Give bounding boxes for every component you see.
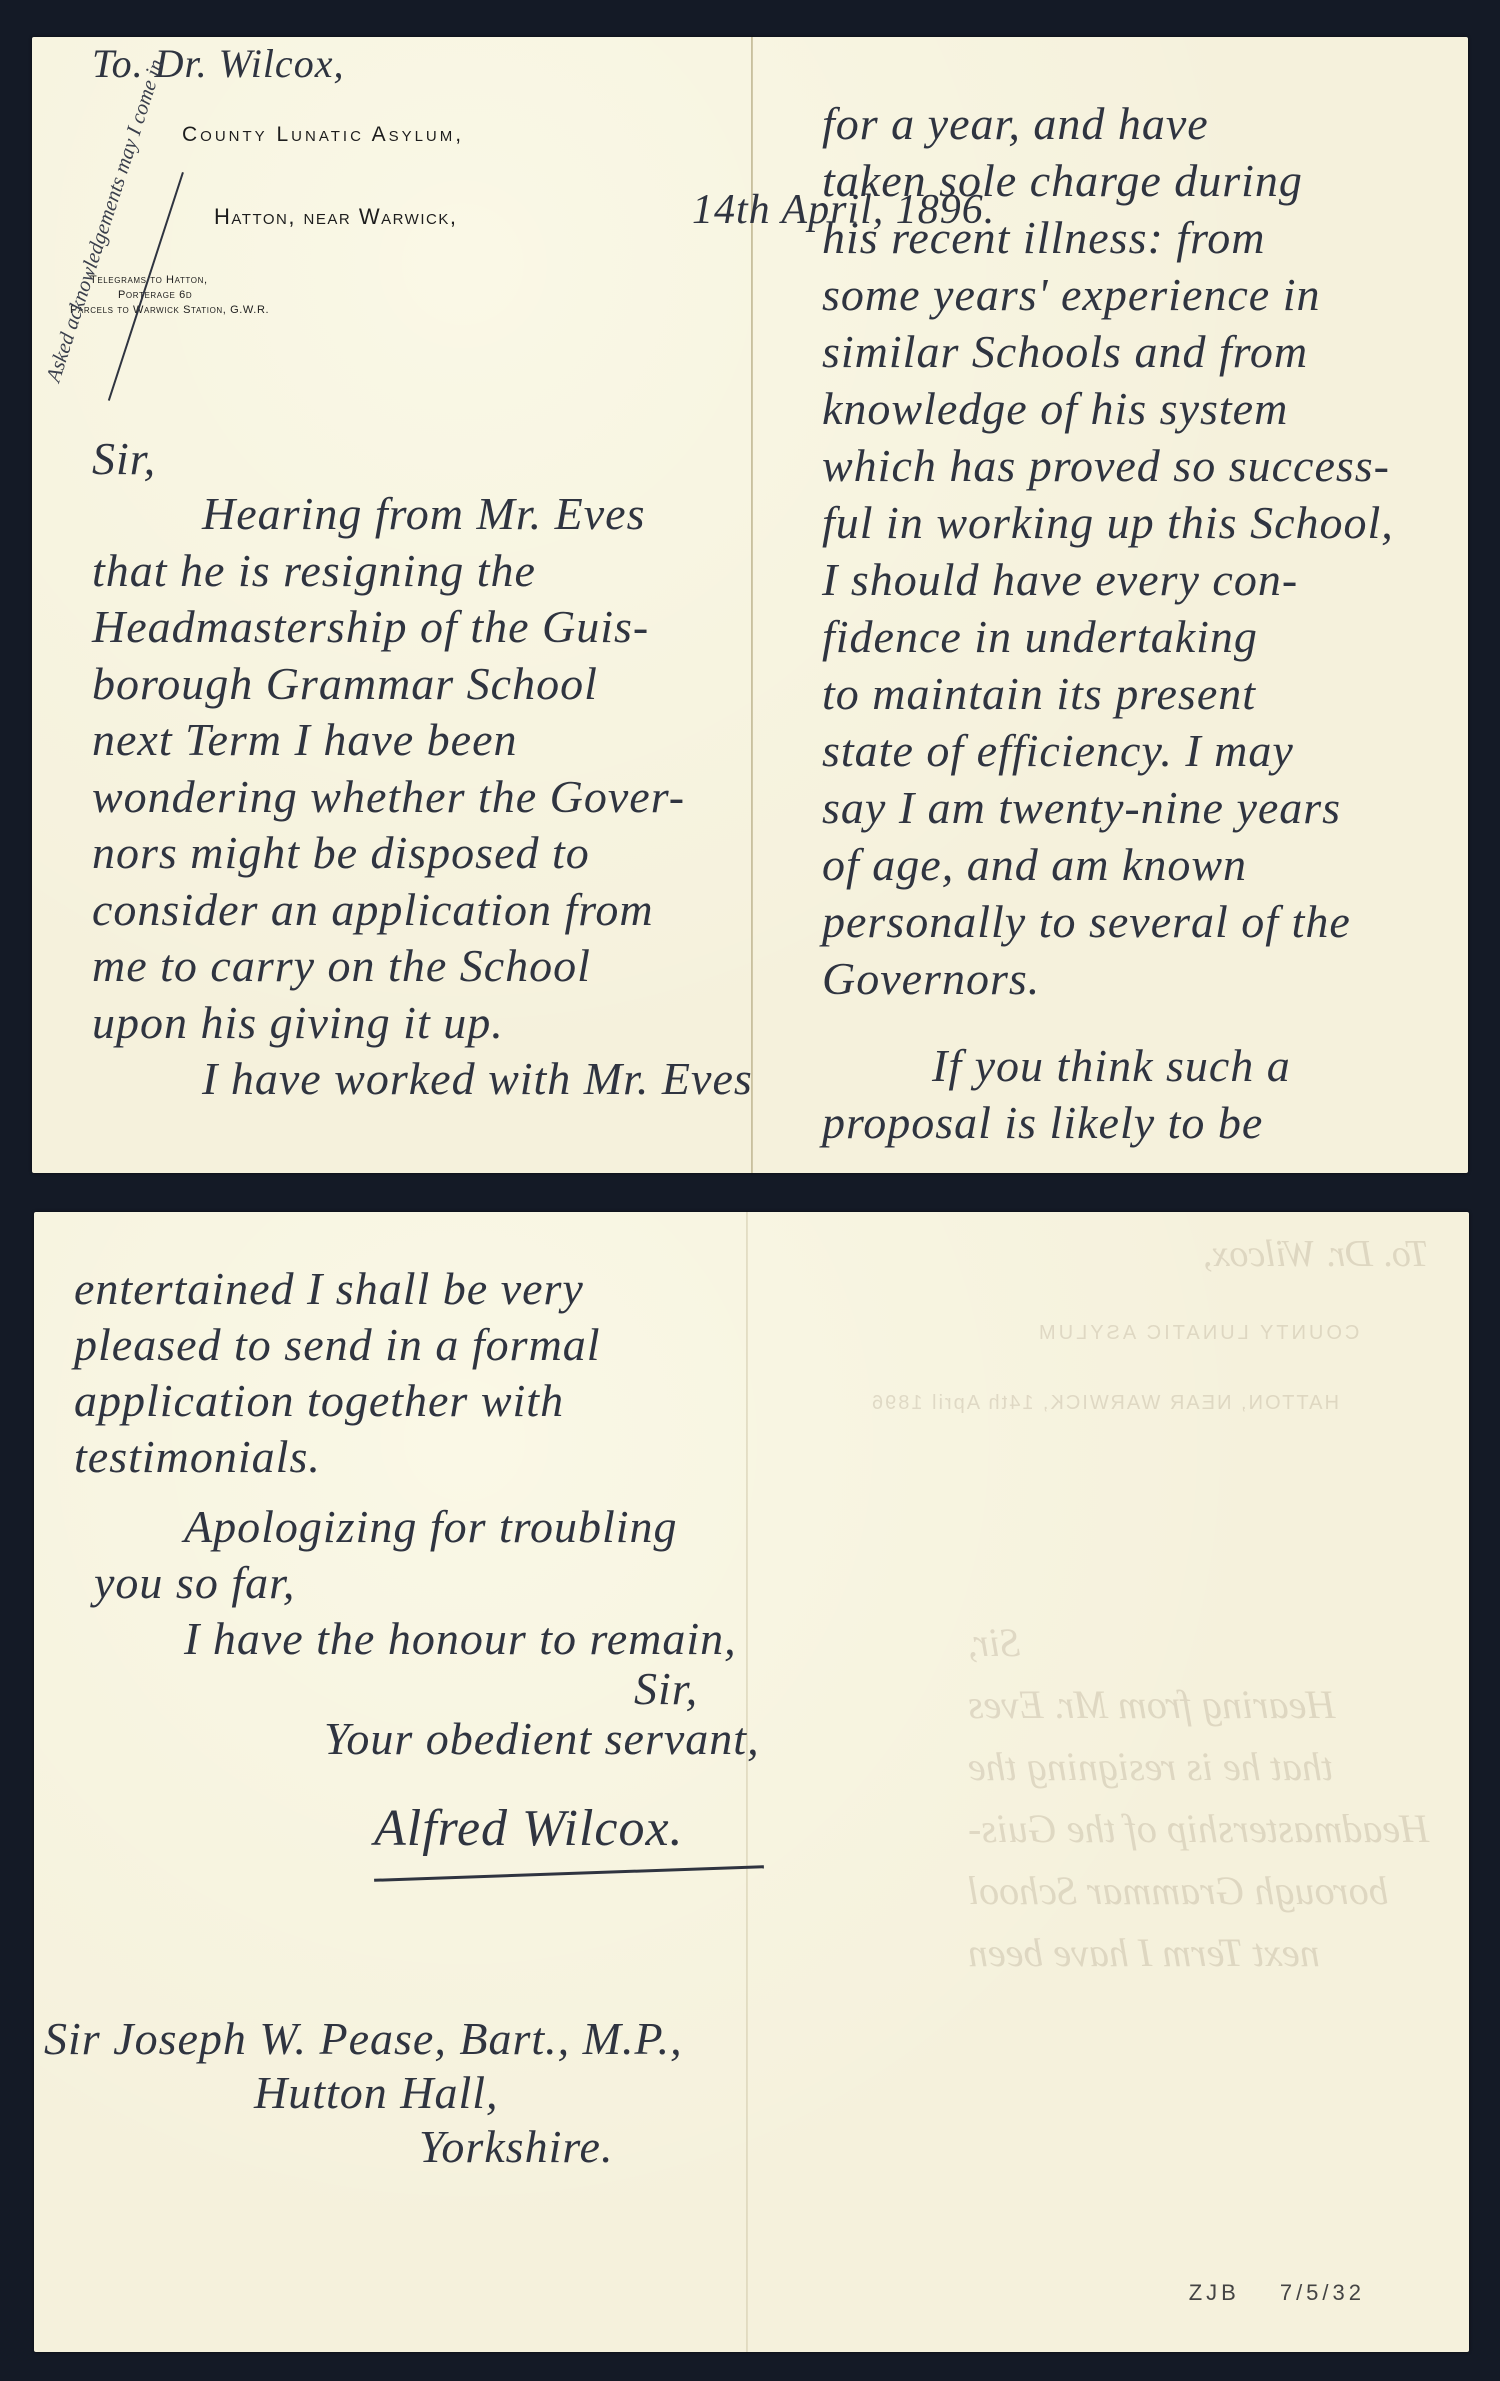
letterhead-contact: Telegrams to Hatton, Porterage 6d Parcel… <box>90 273 269 318</box>
body-line: which has proved so success- <box>822 439 1394 496</box>
body-line: I have worked with Mr. Eves <box>92 1052 753 1109</box>
body-line: upon his giving it up. <box>92 996 753 1053</box>
bleed-line: Sir, <box>968 1612 1429 1674</box>
body-line: application together with <box>74 1374 737 1430</box>
body-line: say I am twenty-nine years <box>822 781 1394 838</box>
bleed-line: Headmastership of the Guis- <box>968 1798 1429 1860</box>
body-line: Headmastership of the Guis- <box>92 600 753 657</box>
body-line: wondering whether the Gover- <box>92 770 753 827</box>
body-line: some years' experience in <box>822 268 1394 325</box>
letterhead-place: Hatton, near Warwick, <box>214 204 457 230</box>
closing-sir: Sir, <box>634 1662 698 1716</box>
body-line: Hearing from Mr. Eves <box>92 487 753 544</box>
body-line <box>74 1486 737 1500</box>
body-line: I should have every con- <box>822 553 1394 610</box>
parcels-line: Parcels to Warwick Station, G.W.R. <box>70 303 269 318</box>
porterage-line: Porterage 6d <box>90 288 269 303</box>
body-line: state of efficiency. I may <box>822 724 1394 781</box>
body-line: Governors. <box>822 952 1394 1009</box>
addressee-block: Sir Joseph W. Pease, Bart., M.P., Hutton… <box>44 2012 683 2174</box>
telegrams-line: Telegrams to Hatton, <box>90 273 269 288</box>
body-line: next Term I have been <box>92 713 753 770</box>
body-line: I have the honour to remain, <box>74 1612 737 1668</box>
body-line: borough Grammar School <box>92 657 753 714</box>
bleed-line: next Term I have been <box>968 1922 1429 1984</box>
body-line: me to carry on the School <box>92 939 753 996</box>
bleed-through-to: To. Dr. Wilcox, <box>1203 1232 1429 1276</box>
signature-underline <box>374 1865 764 1882</box>
body-line: to maintain its present <box>822 667 1394 724</box>
signature: Alfred Wilcox. <box>374 1802 684 1856</box>
body-line: knowledge of his system <box>822 382 1394 439</box>
addressed-to: To. Dr. Wilcox, <box>92 37 344 91</box>
bleed-through-body: Sir, Hearing from Mr. Eves that he is re… <box>968 1612 1429 1984</box>
fold-line <box>746 1212 748 2352</box>
body-line: consider an application from <box>92 883 753 940</box>
closing-phrase: Your obedient servant, <box>324 1712 760 1766</box>
body-line: If you think such a <box>822 1039 1394 1096</box>
body-line: nors might be disposed to <box>92 826 753 883</box>
body-line: you so far, <box>74 1556 737 1612</box>
body-line: for a year, and have <box>822 97 1394 154</box>
body-line: testimonials. <box>74 1430 737 1486</box>
page1-body: Hearing from Mr. Eves that he is resigni… <box>92 487 753 1109</box>
body-line: proposal is likely to be <box>822 1096 1394 1153</box>
archive-note: ZJB7/5/32 <box>1189 2280 1365 2306</box>
body-line: ful in working up this School, <box>822 496 1394 553</box>
bleed-line: Hearing from Mr. Eves <box>968 1674 1429 1736</box>
body-line: of age, and am known <box>822 838 1394 895</box>
body-line: entertained I shall be very <box>74 1262 737 1318</box>
addressee-house: Hutton Hall, <box>254 2066 893 2120</box>
body-line: fidence in undertaking <box>822 610 1394 667</box>
bleed-line: that he is resigning the <box>968 1736 1429 1798</box>
body-line: Apologizing for troubling <box>74 1500 737 1556</box>
body-line: that he is resigning the <box>92 544 753 601</box>
letterhead-institution: County Lunatic Asylum, <box>182 123 464 147</box>
addressee-county: Yorkshire. <box>419 2120 1058 2174</box>
body-line: personally to several of the <box>822 895 1394 952</box>
salutation: Sir, <box>92 432 156 486</box>
page3-body: entertained I shall be very pleased to s… <box>74 1262 737 1668</box>
bleed-line: borough Grammar School <box>968 1860 1429 1922</box>
letter-sheet-back: entertained I shall be very pleased to s… <box>34 1212 1469 2352</box>
body-line: similar Schools and from <box>822 325 1394 382</box>
page2-body: for a year, and have taken sole charge d… <box>822 97 1394 1153</box>
archive-initials: ZJB <box>1189 2280 1240 2305</box>
bleed-through-place: HATTON, NEAR WARWICK, 14th April 1896 <box>870 1392 1339 1415</box>
margin-note: Asked acknowledgements may I come in <box>40 56 169 385</box>
archive-date: 7/5/32 <box>1280 2280 1365 2305</box>
body-line: taken sole charge during <box>822 154 1394 211</box>
addressee-name: Sir Joseph W. Pease, Bart., M.P., <box>44 2012 683 2066</box>
letter-sheet-front: To. Dr. Wilcox, County Lunatic Asylum, H… <box>32 37 1468 1173</box>
body-line: pleased to send in a formal <box>74 1318 737 1374</box>
body-line: his recent illness: from <box>822 211 1394 268</box>
bleed-through-title: COUNTY LUNATIC ASYLUM <box>1036 1322 1359 1345</box>
body-line <box>822 1009 1394 1039</box>
